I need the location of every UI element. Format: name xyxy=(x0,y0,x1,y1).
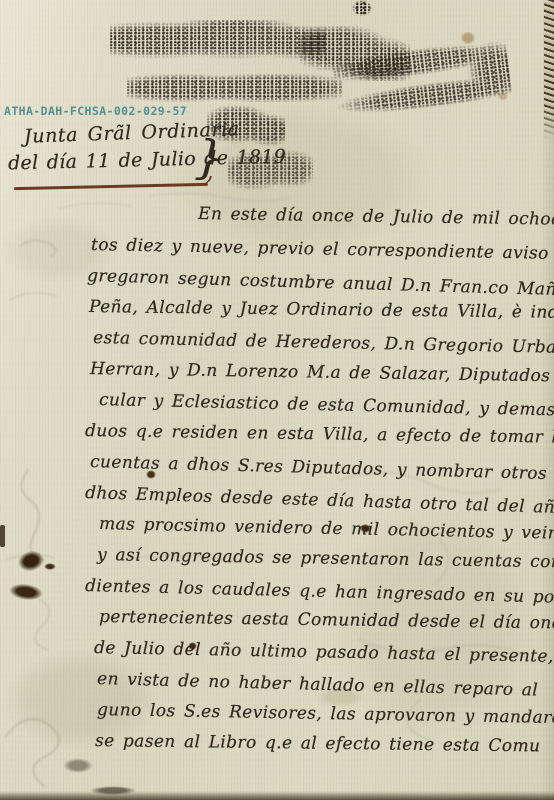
manuscript-line: Peña, Alcalde y Juez Ordinario de esta V… xyxy=(89,297,554,334)
manuscript-body: En este día once de Julio de mil ochocie… xyxy=(85,204,554,762)
ink-spot xyxy=(0,525,5,547)
binding-stitch-pattern xyxy=(544,0,554,140)
ink-smudge xyxy=(300,26,410,81)
heading-brace: } xyxy=(194,133,226,180)
ink-smudge xyxy=(332,38,513,121)
heading-date: del día 11 de Julio de 1819 xyxy=(8,146,287,175)
page-edge-shadow xyxy=(0,791,554,800)
manuscript-line: En este día once de Julio de mil ochocie… xyxy=(198,204,554,241)
manuscript-line: se pasen al Libro q.e al efecto tiene es… xyxy=(95,731,554,768)
heading-underline xyxy=(14,183,208,190)
ink-smudge xyxy=(352,0,372,18)
ink-smudge xyxy=(110,20,325,60)
ink-spot xyxy=(8,582,44,603)
ink-spot xyxy=(44,563,56,570)
archive-reference-stamp: ATHA-DAH-FCHSA-002-029-57 xyxy=(4,104,187,118)
ink-spot xyxy=(16,548,46,574)
ink-spot xyxy=(90,786,136,795)
ink-smudge xyxy=(127,74,342,102)
manuscript-page: ATHA-DAH-FCHSA-002-029-57 Junta Grãl Ord… xyxy=(0,0,554,800)
